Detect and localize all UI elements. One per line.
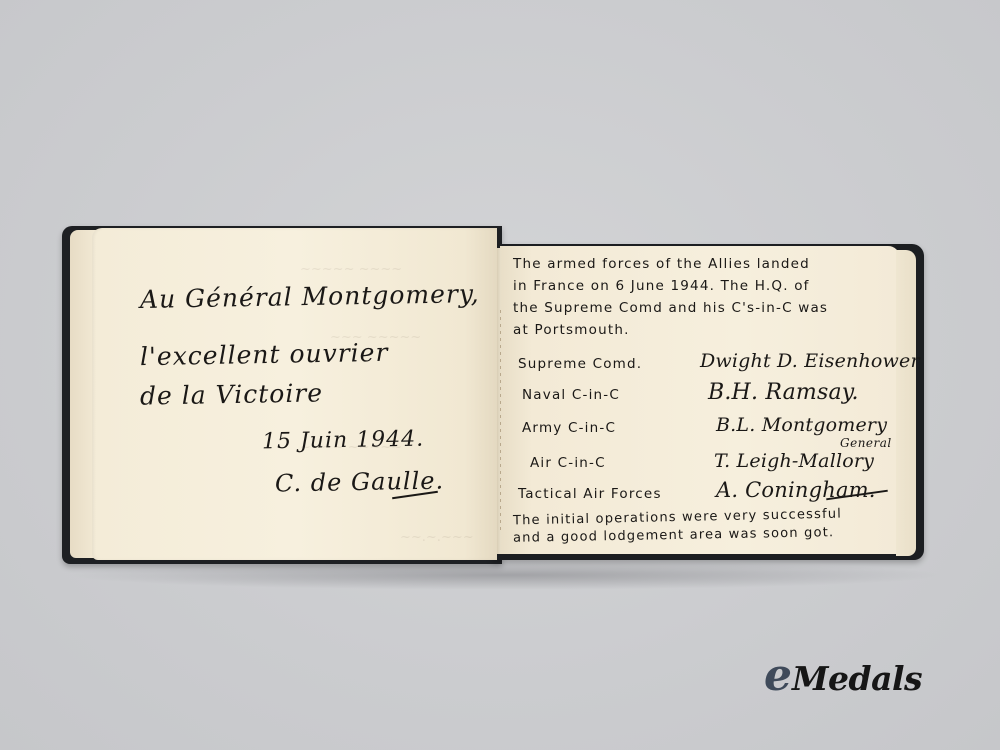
montgomery-rank: General [840, 436, 892, 450]
montgomery-signature: B.L. Montgomery [716, 414, 887, 436]
role-air: Air C-in-C [530, 455, 606, 471]
role-tactical-air-forces: Tactical Air Forces [518, 486, 662, 502]
dedication-line-2: l'excellent ouvrier [140, 338, 389, 371]
binding-stitches [500, 310, 501, 530]
dedication-line-3: de la Victoire [140, 378, 324, 410]
dedication-line-1: Au Général Montgomery, [140, 279, 480, 314]
intro-line-4: at Portsmouth. [513, 322, 630, 338]
bleed-through-mark: ~~.~.~~~ [400, 530, 474, 545]
coningham-signature: A. Coningham. [716, 478, 876, 502]
dedication-date: 15 Juin 1944. [262, 427, 425, 455]
bleed-through-mark: ~~~~~ ~~~~ [300, 262, 402, 277]
logo-word: Medals [792, 662, 922, 695]
intro-line-3: the Supreme Comd and his C's-in-C was [513, 300, 828, 316]
role-supreme-command: Supreme Comd. [518, 356, 642, 372]
photo-scene: ~~~~~ ~~~~ ~~~ ~~~~~ ~~~~ ~~~~~ ~~.~.~~~… [0, 0, 1000, 750]
ramsay-signature: B.H. Ramsay. [708, 380, 859, 405]
role-naval: Naval C-in-C [522, 387, 620, 403]
emedals-logo: e Medals [764, 654, 922, 698]
book-shadow [66, 560, 946, 590]
intro-line-1: The armed forces of the Allies landed [513, 256, 810, 272]
eisenhower-signature: Dwight D. Eisenhower [700, 350, 920, 372]
logo-prefix: e [764, 654, 792, 698]
role-army: Army C-in-C [522, 420, 616, 436]
leigh-mallory-signature: T. Leigh-Mallory [714, 450, 874, 472]
intro-line-2: in France on 6 June 1944. The H.Q. of [513, 278, 810, 294]
page-stack-right [896, 250, 916, 556]
